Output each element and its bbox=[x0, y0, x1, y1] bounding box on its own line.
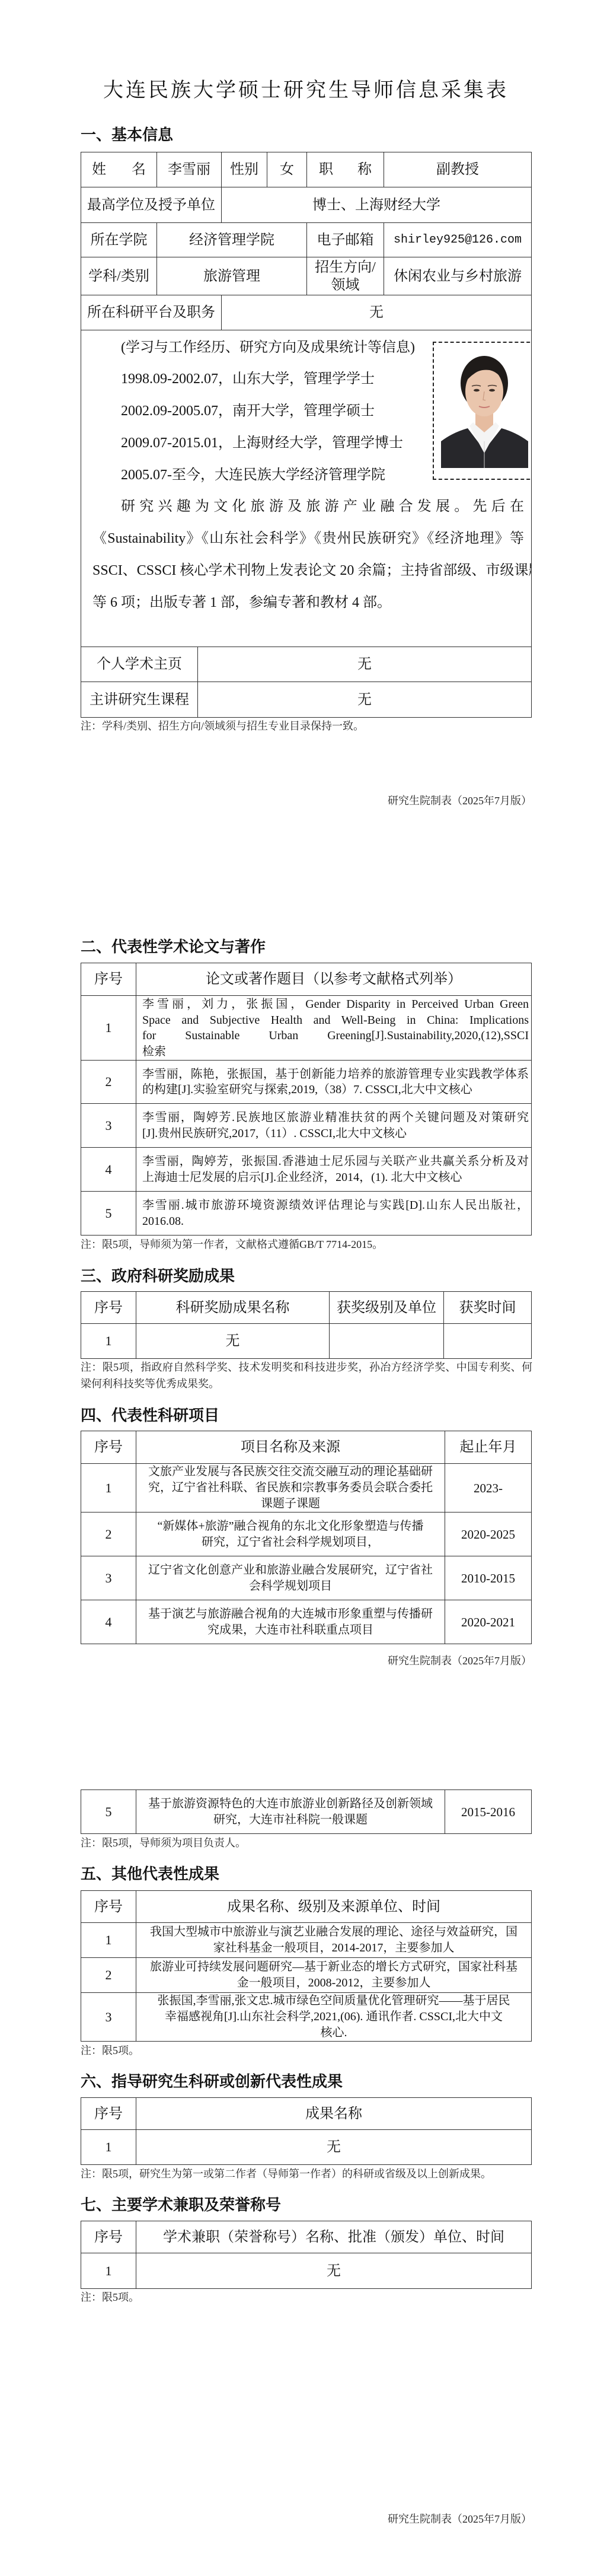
row-number: 1 bbox=[81, 2253, 136, 2289]
award-name: 无 bbox=[136, 1324, 330, 1359]
page-footer: 研究生院制表（2025年7月版） bbox=[388, 2513, 532, 2526]
project-name: 基于旅游资源特色的大连市旅游业创新路径及创新领域 研究，大连市社科院一般课题 bbox=[136, 1790, 445, 1834]
degree-value: 博士、上海财经大学 bbox=[222, 187, 532, 223]
project-name: “新媒体+旅游”融合视角的东北文化形象塑造与传播 研究，辽宁省社会科学规划项目， bbox=[136, 1513, 445, 1556]
table-row: 3 辽宁省文化创意产业和旅游业融合发展研究，辽宁省社 会科学规划项目 2010-… bbox=[81, 1556, 532, 1600]
section-heading-student-achievements: 六、指导研究生科研或创新代表性成果 bbox=[81, 2073, 343, 2091]
column-header: 学术兼职（荣誉称号）名称、批准（颁发）单位、时间 bbox=[136, 2221, 532, 2253]
page-footer: 研究生院制表（2025年7月版） bbox=[388, 794, 532, 807]
table-row: 2 旅游业可持续发展问题研究—基于新业态的增长方式研究，国家社科基 金一般项目，… bbox=[81, 1958, 532, 1993]
table-header-row: 序号 论文或著作题目（以参考文献格式列举） bbox=[81, 963, 532, 996]
portrait-photo bbox=[441, 352, 528, 468]
table-header-row: 序号 成果名称、级别及来源单位、时间 bbox=[81, 1891, 532, 1923]
table-row: 1 无 bbox=[81, 2253, 532, 2289]
column-header: 项目名称及来源 bbox=[136, 1431, 445, 1464]
table-row: 1 李雪丽，刘力，张振国，Gender Disparity in Perceiv… bbox=[81, 996, 532, 1061]
row-number: 4 bbox=[81, 1148, 136, 1192]
section-heading-papers: 二、代表性学术论文与著作 bbox=[81, 938, 266, 956]
project-line: 研究，辽宁省社会科学规划项目， bbox=[143, 1534, 437, 1550]
bio-summary-line: 等 6 项；出版专著 1 部，参编专著和教材 4 部。 bbox=[92, 587, 524, 619]
degree-label: 最高学位及授予单位 bbox=[81, 187, 222, 223]
column-header: 获奖级别及单位 bbox=[330, 1292, 444, 1324]
citation-line: [J].贵州民族研究,2017,（11）. CSSCI,北大中文核心 bbox=[142, 1126, 529, 1142]
project-line: 辽宁省文化创意产业和旅游业融合发展研究，辽宁省社 bbox=[143, 1562, 437, 1578]
table-row: 学科/类别 旅游管理 招生方向/领域 休闲农业与乡村旅游 bbox=[81, 257, 532, 295]
honors-note: 注：限5项。 bbox=[81, 2291, 532, 2304]
project-line: 文旅产业发展与各民族交往交流交融互动的理论基础研 bbox=[143, 1464, 437, 1480]
citation-line: 李雪丽，陈艳，张振国，基于创新能力培养的旅游管理专业实践教学体系 bbox=[142, 1066, 529, 1082]
section-heading-honors: 七、主要学术兼职及荣誉称号 bbox=[81, 2196, 281, 2214]
email-value: shirley925@126.com bbox=[384, 223, 532, 257]
column-header: 科研奖励成果名称 bbox=[136, 1292, 330, 1324]
project-period: 2020-2021 bbox=[445, 1600, 532, 1644]
award-time bbox=[444, 1324, 532, 1359]
bio-cell: (学习与工作经历、研究方向及成果统计等信息) 1998.09-2002.07，山… bbox=[81, 330, 532, 647]
direction-value: 休闲农业与乡村旅游 bbox=[384, 257, 532, 295]
project-period: 2023- bbox=[445, 1464, 532, 1513]
project-line: 会科学规划项目 bbox=[143, 1578, 437, 1594]
row-number: 2 bbox=[81, 1513, 136, 1556]
row-number: 1 bbox=[81, 1324, 136, 1359]
bio-summary-line: 研究兴趣为文化旅游及旅游产业融合发展。先后在 bbox=[92, 491, 524, 523]
document-page: 大连民族大学硕士研究生导师信息采集表 一、基本信息 姓名 李雪丽 性别 女 职称… bbox=[0, 0, 607, 2576]
table-row: 个人学术主页 无 bbox=[81, 647, 532, 682]
row-number: 1 bbox=[81, 996, 136, 1061]
citation-line: 的构建[J].实验室研究与探索,2019,（38）7. CSSCI,北大中文核心 bbox=[142, 1082, 529, 1098]
table-row: 5 基于旅游资源特色的大连市旅游业创新路径及创新领域 研究，大连市社科院一般课题… bbox=[81, 1790, 532, 1834]
homepage-label: 个人学术主页 bbox=[81, 647, 198, 682]
project-name: 文旅产业发展与各民族交往交流交融互动的理论基础研 究，辽宁省社科联、省民族和宗教… bbox=[136, 1464, 445, 1513]
column-header: 序号 bbox=[81, 1891, 136, 1923]
row-number: 1 bbox=[81, 1923, 136, 1958]
discipline-label: 学科/类别 bbox=[81, 257, 157, 295]
table-row: 5 李雪丽.城市旅游环境资源绩效评估理论与实践[D].山东人民出版社， 2016… bbox=[81, 1192, 532, 1236]
gender-value: 女 bbox=[267, 152, 307, 187]
column-header: 序号 bbox=[81, 2098, 136, 2130]
email-label: 电子邮箱 bbox=[307, 223, 384, 257]
awards-table: 序号 科研奖励成果名称 获奖级别及单位 获奖时间 1 无 bbox=[81, 1291, 532, 1359]
row-number: 3 bbox=[81, 1556, 136, 1600]
row-number: 5 bbox=[81, 1790, 136, 1834]
section-heading-projects: 四、代表性科研项目 bbox=[81, 1407, 219, 1425]
column-header: 成果名称、级别及来源单位、时间 bbox=[136, 1891, 532, 1923]
student-achievements-table: 序号 成果名称 1 无 bbox=[81, 2097, 532, 2165]
paper-citation: 李雪丽，陶婷芳.民族地区旅游业精准扶贫的两个关键问题及对策研究 [J].贵州民族… bbox=[136, 1104, 532, 1148]
table-row: 4 基于演艺与旅游融合视角的大连城市形象重塑与传播研 究成果，大连市社科联重点项… bbox=[81, 1600, 532, 1644]
basic-info-note: 注：学科/类别、招生方向/领域须与招生专业目录保持一致。 bbox=[81, 719, 532, 733]
table-row: 4 李雪丽，陶婷芳，张振国.香港迪士尼乐园与关联产业共赢关系分析及对 上海迪士尼… bbox=[81, 1148, 532, 1192]
achievement-line: 幸福感视角[J].山东社会科学,2021,(06). 通讯作者. CSSCI,北… bbox=[143, 2009, 524, 2025]
column-header: 获奖时间 bbox=[444, 1292, 532, 1324]
gender-label: 性别 bbox=[222, 152, 267, 187]
courses-label: 主讲研究生课程 bbox=[81, 682, 198, 718]
column-header: 序号 bbox=[81, 963, 136, 996]
title-label: 职称 bbox=[307, 152, 384, 187]
paper-citation: 李雪丽，陶婷芳，张振国.香港迪士尼乐园与关联产业共赢关系分析及对 上海迪士尼发展… bbox=[136, 1148, 532, 1192]
discipline-value: 旅游管理 bbox=[157, 257, 307, 295]
table-row: 最高学位及授予单位 博士、上海财经大学 bbox=[81, 187, 532, 223]
achievement-line: 张振国,李雪丽,张文忠.城市绿色空间质量优化管理研究——基于居民 bbox=[143, 1993, 524, 2009]
column-header: 成果名称 bbox=[136, 2098, 532, 2130]
table-row: 1 无 bbox=[81, 2130, 532, 2165]
award-level bbox=[330, 1324, 444, 1359]
awards-note: 注：限5项，指政府自然科学奖、技术发明奖和科技进步奖，孙冶方经济学奖、中国专利奖… bbox=[81, 1359, 532, 1392]
homepage-value: 无 bbox=[198, 647, 532, 682]
name-label: 姓名 bbox=[81, 152, 157, 187]
table-row: 1 无 bbox=[81, 1324, 532, 1359]
title-value: 副教授 bbox=[384, 152, 532, 187]
paper-citation: 李雪丽，刘力，张振国，Gender Disparity in Perceived… bbox=[136, 996, 532, 1061]
table-row: 姓名 李雪丽 性别 女 职称 副教授 bbox=[81, 152, 532, 187]
papers-table: 序号 论文或著作题目（以参考文献格式列举） 1 李雪丽，刘力，张振国，Gende… bbox=[81, 963, 532, 1236]
college-label: 所在学院 bbox=[81, 223, 157, 257]
note-line: 注：限5项，指政府自然科学奖、技术发明奖和科技进步奖，孙冶方经济学奖、中国专利奖… bbox=[81, 1359, 532, 1375]
row-number: 5 bbox=[81, 1192, 136, 1236]
platform-value: 无 bbox=[222, 295, 532, 330]
honors-table: 序号 学术兼职（荣誉称号）名称、批准（颁发）单位、时间 1 无 bbox=[81, 2221, 532, 2289]
citation-line: 检索 bbox=[142, 1044, 529, 1060]
project-period: 2020-2025 bbox=[445, 1513, 532, 1556]
student-achievements-note: 注：限5项，研究生为第一或第二作者（导师第一作者）的科研或省级及以上创新成果。 bbox=[81, 2167, 532, 2180]
citation-line: 李雪丽，陶婷芳.民族地区旅游业精准扶贫的两个关键问题及对策研究 bbox=[142, 1110, 529, 1126]
papers-note: 注：限5项，导师须为第一作者，文献格式遵循GB/T 7714-2015。 bbox=[81, 1238, 532, 1251]
achievement-line: 金一般项目，2008-2012，主要参加人 bbox=[143, 1975, 524, 1991]
row-number: 2 bbox=[81, 1061, 136, 1104]
section-heading-basic-info: 一、基本信息 bbox=[81, 126, 173, 144]
table-row: 所在学院 经济管理学院 电子邮箱 shirley925@126.com bbox=[81, 223, 532, 257]
table-row-bio: (学习与工作经历、研究方向及成果统计等信息) 1998.09-2002.07，山… bbox=[81, 330, 532, 647]
project-name: 基于演艺与旅游融合视角的大连城市形象重塑与传播研 究成果，大连市社科联重点项目 bbox=[136, 1600, 445, 1644]
column-header: 论文或著作题目（以参考文献格式列举） bbox=[136, 963, 532, 996]
paper-citation: 李雪丽，陈艳，张振国，基于创新能力培养的旅游管理专业实践教学体系 的构建[J].… bbox=[136, 1061, 532, 1104]
honor-name: 无 bbox=[136, 2253, 532, 2289]
projects-table-continued: 5 基于旅游资源特色的大连市旅游业创新路径及创新领域 研究，大连市社科院一般课题… bbox=[81, 1789, 532, 1834]
achievement-line: 旅游业可持续发展问题研究—基于新业态的增长方式研究，国家社科基 bbox=[143, 1959, 524, 1975]
table-header-row: 序号 学术兼职（荣誉称号）名称、批准（颁发）单位、时间 bbox=[81, 2221, 532, 2253]
bio-summary-line: SSCI、CSSCI 核心学术刊物上发表论文 20 余篇；主持省部级、市级课题 bbox=[92, 555, 524, 587]
table-row: 1 文旅产业发展与各民族交往交流交融互动的理论基础研 究，辽宁省社科联、省民族和… bbox=[81, 1464, 532, 1513]
table-header-row: 序号 成果名称 bbox=[81, 2098, 532, 2130]
project-line: 研究，大连市社科院一般课题 bbox=[143, 1812, 437, 1828]
citation-line: 李雪丽，刘力，张振国，Gender Disparity in Perceived… bbox=[142, 996, 529, 1012]
project-line: “新媒体+旅游”融合视角的东北文化形象塑造与传播 bbox=[143, 1518, 437, 1534]
table-row: 2 李雪丽，陈艳，张振国，基于创新能力培养的旅游管理专业实践教学体系 的构建[J… bbox=[81, 1061, 532, 1104]
other-achievements-table: 序号 成果名称、级别及来源单位、时间 1 我国大型城市中旅游业与演艺业融合发展的… bbox=[81, 1890, 532, 2042]
table-row: 所在科研平台及职务 无 bbox=[81, 295, 532, 330]
project-line: 基于旅游资源特色的大连市旅游业创新路径及创新领域 bbox=[143, 1796, 437, 1812]
row-number: 3 bbox=[81, 1104, 136, 1148]
column-header: 序号 bbox=[81, 1431, 136, 1464]
platform-label: 所在科研平台及职务 bbox=[81, 295, 222, 330]
achievement-text: 我国大型城市中旅游业与演艺业融合发展的理论、途径与效益研究，国 家社科基金一般项… bbox=[136, 1923, 532, 1958]
achievement-text: 旅游业可持续发展问题研究—基于新业态的增长方式研究，国家社科基 金一般项目，20… bbox=[136, 1958, 532, 1993]
achievement-line: 核心. bbox=[143, 2025, 524, 2041]
project-name: 辽宁省文化创意产业和旅游业融合发展研究，辽宁省社 会科学规划项目 bbox=[136, 1556, 445, 1600]
column-header: 序号 bbox=[81, 1292, 136, 1324]
direction-label: 招生方向/领域 bbox=[307, 257, 384, 295]
table-row: 1 我国大型城市中旅游业与演艺业融合发展的理论、途径与效益研究，国 家社科基金一… bbox=[81, 1923, 532, 1958]
column-header: 起止年月 bbox=[445, 1431, 532, 1464]
project-period: 2010-2015 bbox=[445, 1556, 532, 1600]
bio-section: (学习与工作经历、研究方向及成果统计等信息) 1998.09-2002.07，山… bbox=[86, 331, 526, 647]
college-value: 经济管理学院 bbox=[157, 223, 307, 257]
section-heading-awards: 三、政府科研奖励成果 bbox=[81, 1268, 235, 1285]
row-number: 2 bbox=[81, 1958, 136, 1993]
achievement-text: 张振国,李雪丽,张文忠.城市绿色空间质量优化管理研究——基于居民 幸福感视角[J… bbox=[136, 1993, 532, 2042]
row-number: 1 bbox=[81, 2130, 136, 2165]
citation-line: Space and Subjective Health and Well-Bei… bbox=[142, 1012, 529, 1029]
table-header-row: 序号 科研奖励成果名称 获奖级别及单位 获奖时间 bbox=[81, 1292, 532, 1324]
project-period: 2015-2016 bbox=[445, 1790, 532, 1834]
table-row: 2 “新媒体+旅游”融合视角的东北文化形象塑造与传播 研究，辽宁省社会科学规划项… bbox=[81, 1513, 532, 1556]
citation-line: 2016.08. bbox=[142, 1214, 529, 1230]
project-line: 课题子课题 bbox=[143, 1496, 437, 1512]
achievement-line: 家社科基金一般项目，2014-2017，主要参加人 bbox=[143, 1940, 524, 1956]
project-line: 基于演艺与旅游融合视角的大连城市形象重塑与传播研 bbox=[143, 1606, 437, 1622]
project-line: 究成果，大连市社科联重点项目 bbox=[143, 1622, 437, 1638]
section-heading-other-achievements: 五、其他代表性成果 bbox=[81, 1865, 219, 1883]
paper-citation: 李雪丽.城市旅游环境资源绩效评估理论与实践[D].山东人民出版社， 2016.0… bbox=[136, 1192, 532, 1236]
table-row: 3 李雪丽，陶婷芳.民族地区旅游业精准扶贫的两个关键问题及对策研究 [J].贵州… bbox=[81, 1104, 532, 1148]
citation-line: 李雪丽.城市旅游环境资源绩效评估理论与实践[D].山东人民出版社， bbox=[142, 1198, 529, 1214]
projects-note: 注：限5项，导师须为项目负责人。 bbox=[81, 1836, 532, 1849]
document-title: 大连民族大学硕士研究生导师信息采集表 bbox=[81, 77, 531, 104]
photo-frame bbox=[433, 342, 532, 480]
achievement-name: 无 bbox=[136, 2130, 532, 2165]
page-footer: 研究生院制表（2025年7月版） bbox=[388, 1654, 532, 1667]
row-number: 1 bbox=[81, 1464, 136, 1513]
project-line: 究，辽宁省社科联、省民族和宗教事务委员会联合委托 bbox=[143, 1480, 437, 1496]
bio-summary-line: 《Sustainability》《山东社会科学》《贵州民族研究》《经济地理》等 bbox=[92, 523, 524, 555]
citation-line: 上海迪士尼发展的启示[J].企业经济，2014，(1). 北大中文核心 bbox=[142, 1170, 529, 1186]
projects-table: 序号 项目名称及来源 起止年月 1 文旅产业发展与各民族交往交流交融互动的理论基… bbox=[81, 1431, 532, 1644]
table-header-row: 序号 项目名称及来源 起止年月 bbox=[81, 1431, 532, 1464]
citation-line: for Sustainable Urban Greening[J].Sustai… bbox=[142, 1028, 529, 1044]
table-row: 主讲研究生课程 无 bbox=[81, 682, 532, 718]
name-value: 李雪丽 bbox=[157, 152, 222, 187]
row-number: 4 bbox=[81, 1600, 136, 1644]
note-line: 梁何利科技奖等优秀成果奖。 bbox=[81, 1375, 532, 1392]
basic-info-table: 姓名 李雪丽 性别 女 职称 副教授 最高学位及授予单位 博士、上海财经大学 所… bbox=[81, 152, 532, 718]
other-achievements-note: 注：限5项。 bbox=[81, 2044, 532, 2057]
courses-value: 无 bbox=[198, 682, 532, 718]
column-header: 序号 bbox=[81, 2221, 136, 2253]
table-row: 3 张振国,李雪丽,张文忠.城市绿色空间质量优化管理研究——基于居民 幸福感视角… bbox=[81, 1993, 532, 2042]
achievement-line: 我国大型城市中旅游业与演艺业融合发展的理论、途径与效益研究，国 bbox=[143, 1924, 524, 1940]
row-number: 3 bbox=[81, 1993, 136, 2042]
citation-line: 李雪丽，陶婷芳，张振国.香港迪士尼乐园与关联产业共赢关系分析及对 bbox=[142, 1154, 529, 1170]
